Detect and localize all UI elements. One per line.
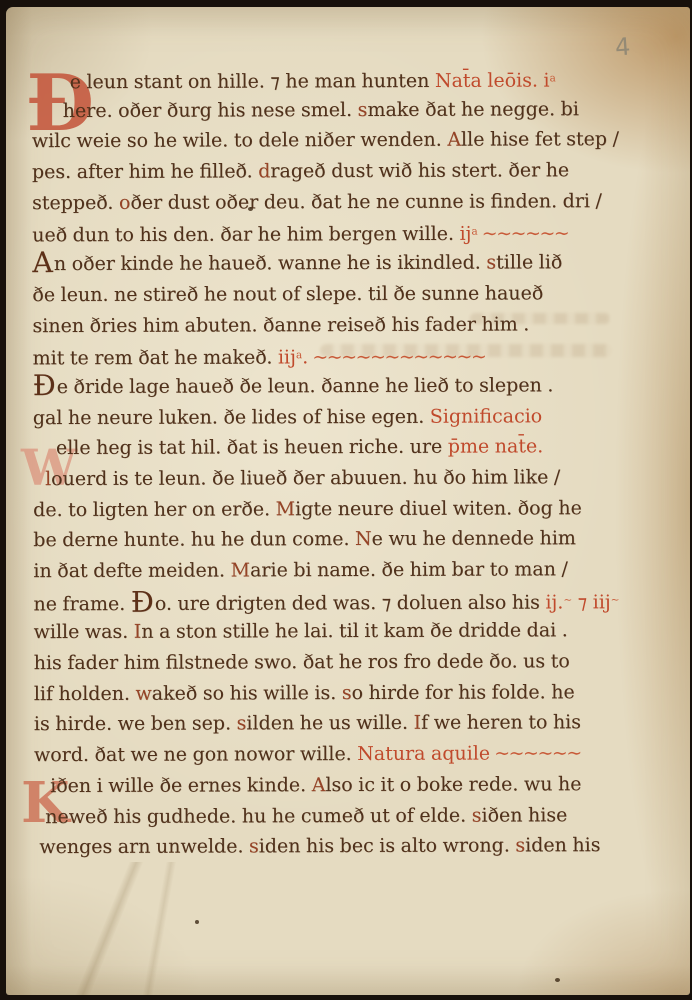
photograph-background: { "page": { "folio_number": "4", "backgr… (0, 0, 692, 1000)
text-segment-ink: f we heren to his (421, 712, 581, 735)
text-segment-touch: s (342, 682, 352, 704)
manuscript-line: wenges arn unwelde. siden his bec is alt… (34, 830, 682, 863)
manuscript-line: ueð dun to his den. ðar he him bergen wi… (32, 216, 680, 249)
manuscript-page: 4 Ð W K e leun stant on hille. ⁊ he man … (6, 7, 690, 995)
manuscript-line: in ðat defte meiden. Marie bi name. ðe h… (33, 554, 681, 587)
manuscript-line: word. ðat we ne gon nowor wille. Natura … (34, 738, 682, 771)
text-segment-ink: ðer dust oðer deu. ðat he ne cunne is fi… (130, 190, 602, 214)
text-segment-ink: sinen ðries him abuten. ðanne reiseð his… (32, 313, 529, 337)
text-segment-ink: wille was. (34, 621, 134, 643)
text-segment-touch: s (515, 835, 525, 857)
manuscript-line: his fader him filstnede swo. ðat he ros … (34, 646, 682, 679)
text-segment-red: ⁊ iij (572, 591, 611, 613)
text-segment-ink: make ðat he negge. bi (367, 98, 579, 121)
text-segment-ink: lif holden. (34, 683, 136, 705)
text-segment-touch: d (258, 160, 270, 182)
manuscript-line: sinen ðries him abuten. ðanne reiseð his… (32, 308, 680, 341)
text-segment-ink: ðe leun. ne stireð he nout of slepe. til… (32, 282, 543, 306)
text-segment-ink: mit te rem ðat he makeð. (33, 347, 278, 370)
text-segment-ink: iden his (525, 834, 600, 856)
manuscript-line: neweð his gudhede. hu he cumeð ut of eld… (34, 799, 682, 832)
text-segment-ink: iðen hise (481, 804, 567, 826)
text-segment-touch: M (276, 498, 296, 520)
manuscript-line: Ðe ðride lage haueð ðe leun. ðanne he li… (33, 370, 681, 403)
manuscript-line: pes. after him he filleð. drageð dust wi… (32, 155, 680, 188)
manuscript-line: iðen i wille ðe ernes kinde. Also ic it … (34, 769, 682, 802)
text-segment-ink: pes. after him he filleð. (32, 160, 258, 183)
folio-number: 4 (614, 33, 631, 62)
manuscript-line: e leun stant on hille. ⁊ he man hunten N… (32, 63, 680, 96)
text-segment-touch: s (358, 99, 368, 121)
text-segment-ink: arie bi name. ðe him bar to man / (250, 558, 568, 581)
manuscript-line: de. to ligten her on erðe. Migte neure d… (33, 492, 681, 525)
text-segment-sup: ~ (611, 594, 620, 606)
text-segment-big: A (32, 246, 53, 279)
manuscript-line: here. oðer ðurg his nese smel. smake ðat… (32, 94, 680, 127)
text-segment-ink: steppeð. (32, 192, 119, 214)
text-segment-red: ij (460, 223, 472, 245)
text-segment-ink: word. ðat we ne gon nowor wille. (34, 743, 357, 766)
text-segment-wavy: ~~~~~~~~~~~~ (308, 346, 485, 369)
text-segment-ink: iden his bec is alto wrong. (259, 835, 516, 858)
text-segment-ink: e wu he dennede him (372, 528, 576, 551)
text-segment-wavy: ~~~~~~ (478, 223, 569, 245)
text-segment-touch: s (472, 804, 482, 826)
ink-speck (555, 978, 560, 982)
manuscript-line: ne frame. Ðo. ure drigten ded was. ⁊ dol… (33, 585, 681, 618)
text-segment-big: Ð (33, 369, 56, 402)
text-segment-ink: in ðat defte meiden. (33, 559, 230, 582)
text-segment-ink: ilden he us wille. (246, 712, 413, 735)
text-segment-ink: lso ic it o boke rede. wu he (325, 773, 581, 796)
text-segment-ink: his fader him filstnede swo. ðat he ros … (34, 650, 570, 674)
text-segment-red: p̄me nat̄e. (448, 436, 544, 458)
manuscript-line: wilc weie so he wile. to dele niðer wend… (32, 124, 680, 157)
manuscript-line: elle heg is tat hil. ðat is heuen riche.… (33, 431, 681, 464)
text-segment-ink: tille lið (496, 251, 562, 273)
text-segment-ink: ouerd is te leun. ðe liueð ðer abuuen. h… (51, 466, 560, 490)
text-segment-ink: ueð dun to his den. ðar he him bergen wi… (32, 223, 459, 246)
text-segment-ink: gal he neure luken. ðe lides of hise ege… (33, 405, 430, 428)
text-segment-ink: wilc weie so he wile. to dele niðer wend… (32, 129, 447, 152)
manuscript-line: An oðer kinde he haueð. wanne he is ikin… (32, 247, 680, 280)
text-segment-touch: A (312, 774, 326, 796)
text-segment-red: iij (278, 347, 296, 369)
text-segment-ink: be derne hunte. hu he dun come. (33, 528, 355, 551)
text-segment-red: Nat̄a leōis. i (435, 70, 550, 92)
text-segment-touch: M (231, 559, 251, 581)
text-segment-ink: n oðer kinde he haueð. wanne he is ikind… (54, 252, 486, 276)
text-segment-red: ij. (545, 591, 563, 613)
text-segment-wavy: ~~~~~~ (490, 742, 581, 764)
text-segment-sup: a (550, 72, 556, 84)
manuscript-line: lif holden. wakeð so his wille is. so hi… (34, 677, 682, 710)
parchment-crease (6, 862, 229, 995)
text-segment-ink: o. ure drigten ded was. ⁊ doluen also hi… (155, 591, 546, 614)
manuscript-line: gal he neure luken. ðe lides of hise ege… (33, 400, 681, 433)
manuscript-line: steppeð. oðer dust oðer deu. ðat he ne c… (32, 186, 680, 219)
text-segment-ink: elle heg is tat hil. ðat is heuen riche.… (56, 436, 448, 459)
text-segment-touch: N (355, 528, 372, 550)
text-segment-ink: e leun stant on hille. ⁊ he man hunten (70, 70, 435, 93)
text-segment-red: Significacio (430, 405, 542, 427)
manuscript-line: mit te rem ðat he makeð. iija. ~~~~~~~~~… (33, 339, 681, 372)
text-segment-ink: de. to ligten her on erðe. (33, 498, 276, 521)
text-segment-ink: n a ston stille he lai. til it kam ðe dr… (141, 620, 568, 643)
text-block: e leun stant on hille. ⁊ he man hunten N… (32, 63, 683, 863)
text-segment-ink: iðen i wille ðe ernes kinde. (50, 774, 312, 797)
text-segment-touch: I (134, 621, 142, 643)
text-segment-touch: A (447, 129, 461, 151)
text-segment-ink: here. oðer ðurg his nese smel. (63, 99, 358, 122)
manuscript-line: be derne hunte. hu he dun come. Ne wu he… (33, 523, 681, 556)
text-segment-ink: akeð so his wille is. (152, 682, 342, 705)
text-segment-ink: wenges arn unwelde. (39, 836, 249, 859)
text-segment-ink: igte neure diuel witen. ðog he (295, 497, 582, 520)
manuscript-line: wille was. In a ston stille he lai. til … (34, 615, 682, 648)
text-segment-ink: o hirde for his folde. he (352, 681, 575, 704)
text-segment-ink: e ðride lage haueð ðe leun. ðanne he lie… (57, 374, 554, 398)
text-segment-ink: is hirde. we ben sep. (34, 713, 237, 736)
text-segment-ink: rageð dust wið his stert. ðer he (270, 159, 569, 182)
text-segment-touch: o (119, 192, 131, 214)
text-segment-touch: s (486, 252, 496, 274)
text-segment-big: Ð (131, 586, 154, 619)
text-segment-sup: ~ (563, 594, 572, 606)
text-segment-touch: w (135, 682, 151, 704)
manuscript-line: is hirde. we ben sep. silden he us wille… (34, 707, 682, 740)
ink-speck (248, 207, 253, 211)
text-segment-red: Natura aquile (357, 743, 490, 765)
manuscript-line: ðe leun. ne stireð he nout of slepe. til… (32, 278, 680, 311)
text-segment-ink: neweð his gudhede. hu he cumeð ut of eld… (45, 804, 472, 827)
text-segment-ink: lle hise fet step / (461, 128, 619, 151)
text-segment-ink: ne frame. (33, 593, 130, 615)
manuscript-line: louerd is te leun. ðe liueð ðer abuuen. … (33, 462, 681, 495)
